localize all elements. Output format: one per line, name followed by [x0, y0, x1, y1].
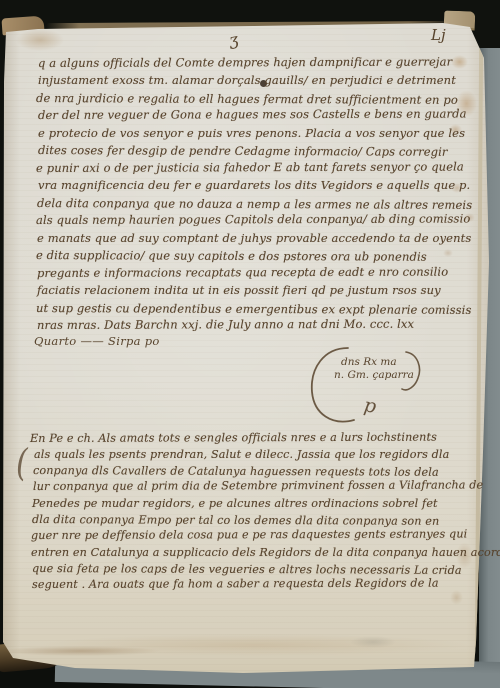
manuscript-line: e protecio de vos senyor e puis vres pen…	[38, 126, 465, 140]
manuscript-line: seguent . Ara ouats que fa hom a saber a…	[32, 577, 439, 591]
manuscript-line: lur conpanya que al prim dia de Setembre…	[33, 478, 483, 493]
manuscript-line: injustament exoss tm. alamar dorçals gau…	[38, 73, 456, 87]
manuscript-line: dites coses fer desgip de pendre Cedagme…	[38, 143, 448, 159]
margin-paraph-mark: (	[16, 442, 28, 486]
manuscript-line: Penedes pe mudar regidors, e pe alcunes …	[32, 497, 438, 510]
manuscript-line: dla dita conpanya Empo per tal co los de…	[32, 513, 439, 528]
manuscript-line: vra magnificencia deu fer e guardarets l…	[38, 178, 470, 192]
ink-layer: ʒ Lj q a alguns officials del Comte demp…	[0, 0, 500, 688]
manuscript-line: En Pe e ch. Als amats tots e sengles off…	[30, 431, 437, 445]
manuscript-line: e dita supplicacio/ que suy capitols e d…	[36, 248, 427, 264]
closing-line: Quarto —— Sirpa po	[34, 334, 160, 348]
manuscript-line: q a alguns officials del Comte dempres h…	[38, 55, 452, 70]
folio-number: Lj	[431, 26, 446, 44]
manuscript-line: dela dita conpanya que no dauza a nemp a…	[37, 196, 472, 212]
manuscript-line: que sia feta pe los caps de les veguerie…	[32, 562, 462, 577]
manuscript-photo: ʒ Lj q a alguns officials del Comte demp…	[0, 0, 500, 688]
manuscript-line: e punir axi o de per justicia sia fahedo…	[36, 160, 464, 175]
manuscript-line: als quals les psents prendran, Salut e d…	[34, 448, 449, 461]
quire-mark: ʒ	[227, 29, 239, 49]
manuscript-line: entren en Catalunya a supplicacio dels R…	[31, 546, 500, 559]
manuscript-line: als quals nemp haurien pogues Capitols d…	[36, 211, 470, 227]
chancery-bracket-icon	[302, 336, 432, 436]
chancery-note-line-2: n. Gm. çaparra	[334, 369, 414, 381]
manuscript-line: pregants e informacions recaptats qua re…	[37, 265, 448, 280]
manuscript-line: e manats que ad suy comptant de juhys pr…	[37, 231, 471, 245]
manuscript-line: conpanya dls Cavallers de Catalunya hagu…	[33, 464, 439, 479]
manuscript-line: nras mras. Dats Barchn xxj. die July ann…	[37, 317, 414, 332]
manuscript-line: faciatis relacionem indita ut in eis pos…	[37, 283, 441, 297]
manuscript-line: guer nre pe deffensio dela cosa pua e pe…	[31, 527, 467, 542]
manuscript-line: ut sup gestis cu dependentibus e emergen…	[36, 301, 472, 317]
chancery-note-line-1: dns Rx ma	[341, 356, 397, 368]
manuscript-line: der del nre veguer de Gona e hagues mes …	[38, 107, 467, 122]
manuscript-line: de nra jurdicio e regalia to ell hagues …	[36, 91, 458, 107]
